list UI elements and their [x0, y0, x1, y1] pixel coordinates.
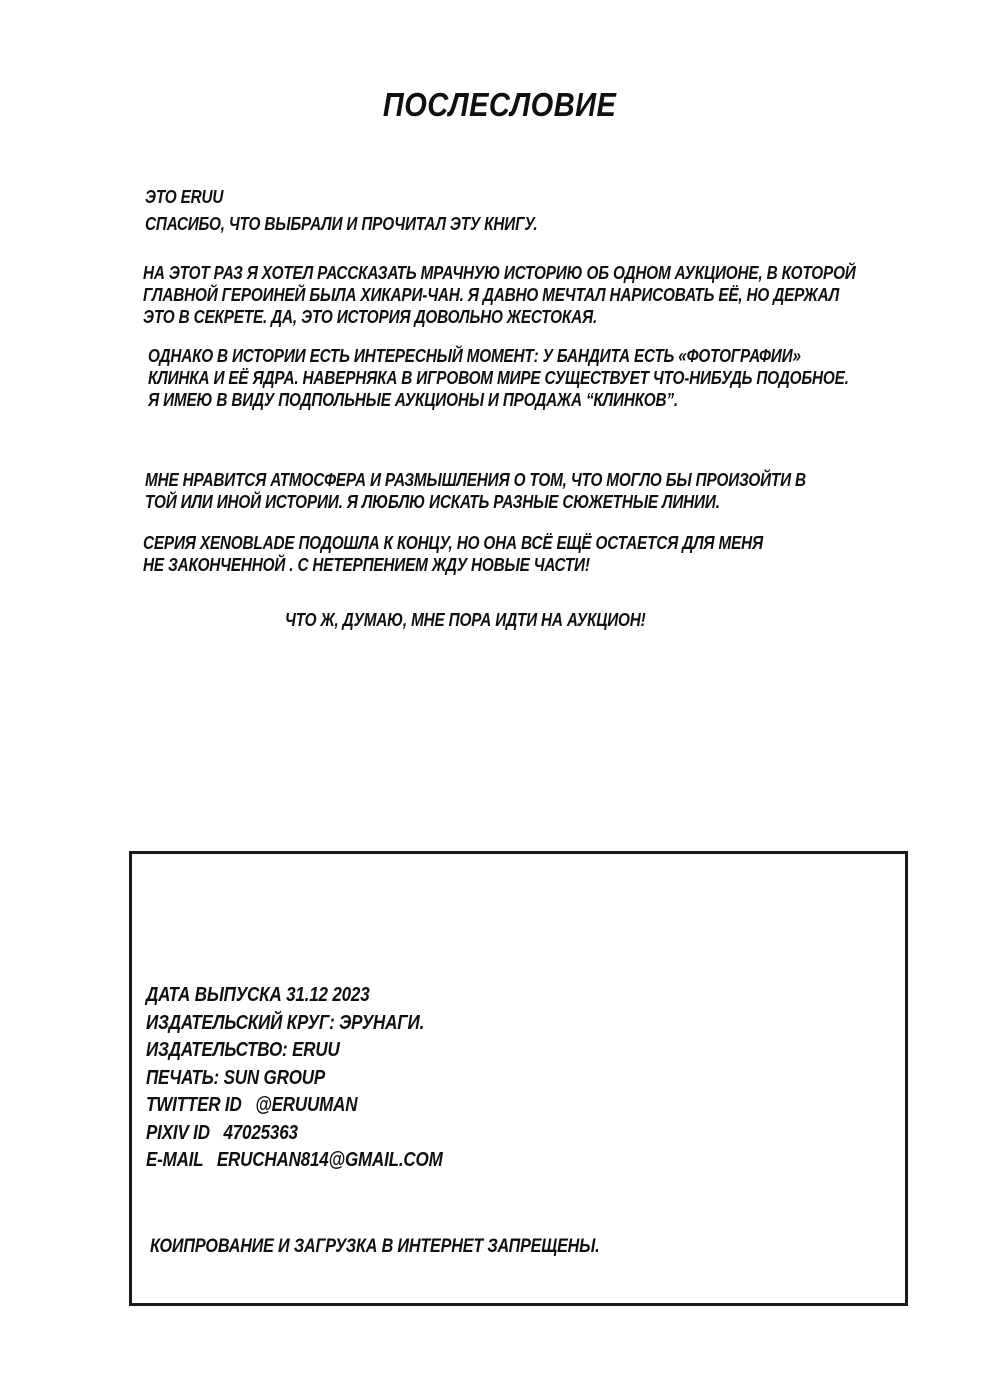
paragraph-line: ОДНАКО В ИСТОРИИ ЕСТЬ ИНТЕРЕСНЫЙ МОМЕНТ:… [148, 345, 849, 367]
paragraph-atmosphere: МНЕ НРАВИТСЯ АТМОСФЕРА И РАЗМЫШЛЕНИЯ О Т… [145, 469, 806, 513]
paragraph-line: ТОЙ ИЛИ ИНОЙ ИСТОРИИ. Я ЛЮБЛЮ ИСКАТЬ РАЗ… [145, 491, 806, 513]
paragraph-closing: ЧТО Ж, ДУМАЮ, МНЕ ПОРА ИДТИ НА АУКЦИОН! [285, 609, 646, 631]
page-title-text: ПОСЛЕСЛОВИЕ [383, 86, 616, 124]
paragraph-line: НА ЭТОТ РАЗ Я ХОТЕЛ РАССКАЗАТЬ МРАЧНУЮ И… [143, 262, 856, 284]
print-line: ПЕЧАТЬ: SUN GROUP [146, 1065, 443, 1093]
paragraph-line: СЕРИЯ XENOBLADE ПОДОШЛА К КОНЦУ, НО ОНА … [143, 532, 763, 554]
publisher-line: ИЗДАТЕЛЬСТВО: ERUU [146, 1037, 443, 1065]
release-date-line: ДАТА ВЫПУСКА 31.12 2023 [146, 982, 443, 1010]
colophon-lines: ДАТА ВЫПУСКА 31.12 2023 ИЗДАТЕЛЬСКИЙ КРУ… [146, 982, 443, 1175]
copyright-notice: КОИПРОВАНИЕ И ЗАГРУЗКА В ИНТЕРНЕТ ЗАПРЕЩ… [150, 1236, 599, 1258]
paragraph-line: ЭТО ERUU [145, 184, 537, 211]
paragraph-intro: ЭТО ERUU СПАСИБО, ЧТО ВЫБРАЛИ И ПРОЧИТАЛ… [145, 184, 537, 238]
paragraph-line: ЭТО В СЕКРЕТЕ. ДА, ЭТО ИСТОРИЯ ДОВОЛЬНО … [143, 306, 856, 328]
paragraph-line: ГЛАВНОЙ ГЕРОИНЕЙ БЫЛА ХИКАРИ-ЧАН. Я ДАВН… [143, 284, 856, 306]
twitter-id-line: TWITTER ID @ERUUMAN [146, 1092, 443, 1120]
paragraph-line: ЧТО Ж, ДУМАЮ, МНЕ ПОРА ИДТИ НА АУКЦИОН! [285, 609, 646, 631]
paragraph-interesting-moment: ОДНАКО В ИСТОРИИ ЕСТЬ ИНТЕРЕСНЫЙ МОМЕНТ:… [148, 345, 849, 411]
email-line: E-MAIL ERUCHAN814@GMAIL.COM [146, 1147, 443, 1175]
paragraph-line: КЛИНКА И ЕЁ ЯДРА. НАВЕРНЯКА В ИГРОВОМ МИ… [148, 367, 849, 389]
circle-line: ИЗДАТЕЛЬСКИЙ КРУГ: ЭРУНАГИ. [146, 1010, 443, 1038]
pixiv-id-line: PIXIV ID 47025363 [146, 1120, 443, 1148]
paragraph-line: НЕ ЗАКОНЧЕННОЙ . С НЕТЕРПЕНИЕМ ЖДУ НОВЫЕ… [143, 554, 763, 576]
afterword-page: ПОСЛЕСЛОВИЕ ЭТО ERUU СПАСИБО, ЧТО ВЫБРАЛ… [0, 0, 1000, 1391]
paragraph-xenoblade: СЕРИЯ XENOBLADE ПОДОШЛА К КОНЦУ, НО ОНА … [143, 532, 763, 576]
colophon-box: ДАТА ВЫПУСКА 31.12 2023 ИЗДАТЕЛЬСКИЙ КРУ… [129, 851, 908, 1306]
paragraph-story: НА ЭТОТ РАЗ Я ХОТЕЛ РАССКАЗАТЬ МРАЧНУЮ И… [143, 262, 856, 328]
page-title: ПОСЛЕСЛОВИЕ [0, 86, 1000, 124]
paragraph-line: Я ИМЕЮ В ВИДУ ПОДПОЛЬНЫЕ АУКЦИОНЫ И ПРОД… [148, 389, 849, 411]
paragraph-line: МНЕ НРАВИТСЯ АТМОСФЕРА И РАЗМЫШЛЕНИЯ О Т… [145, 469, 806, 491]
paragraph-line: СПАСИБО, ЧТО ВЫБРАЛИ И ПРОЧИТАЛ ЭТУ КНИГ… [145, 211, 537, 238]
